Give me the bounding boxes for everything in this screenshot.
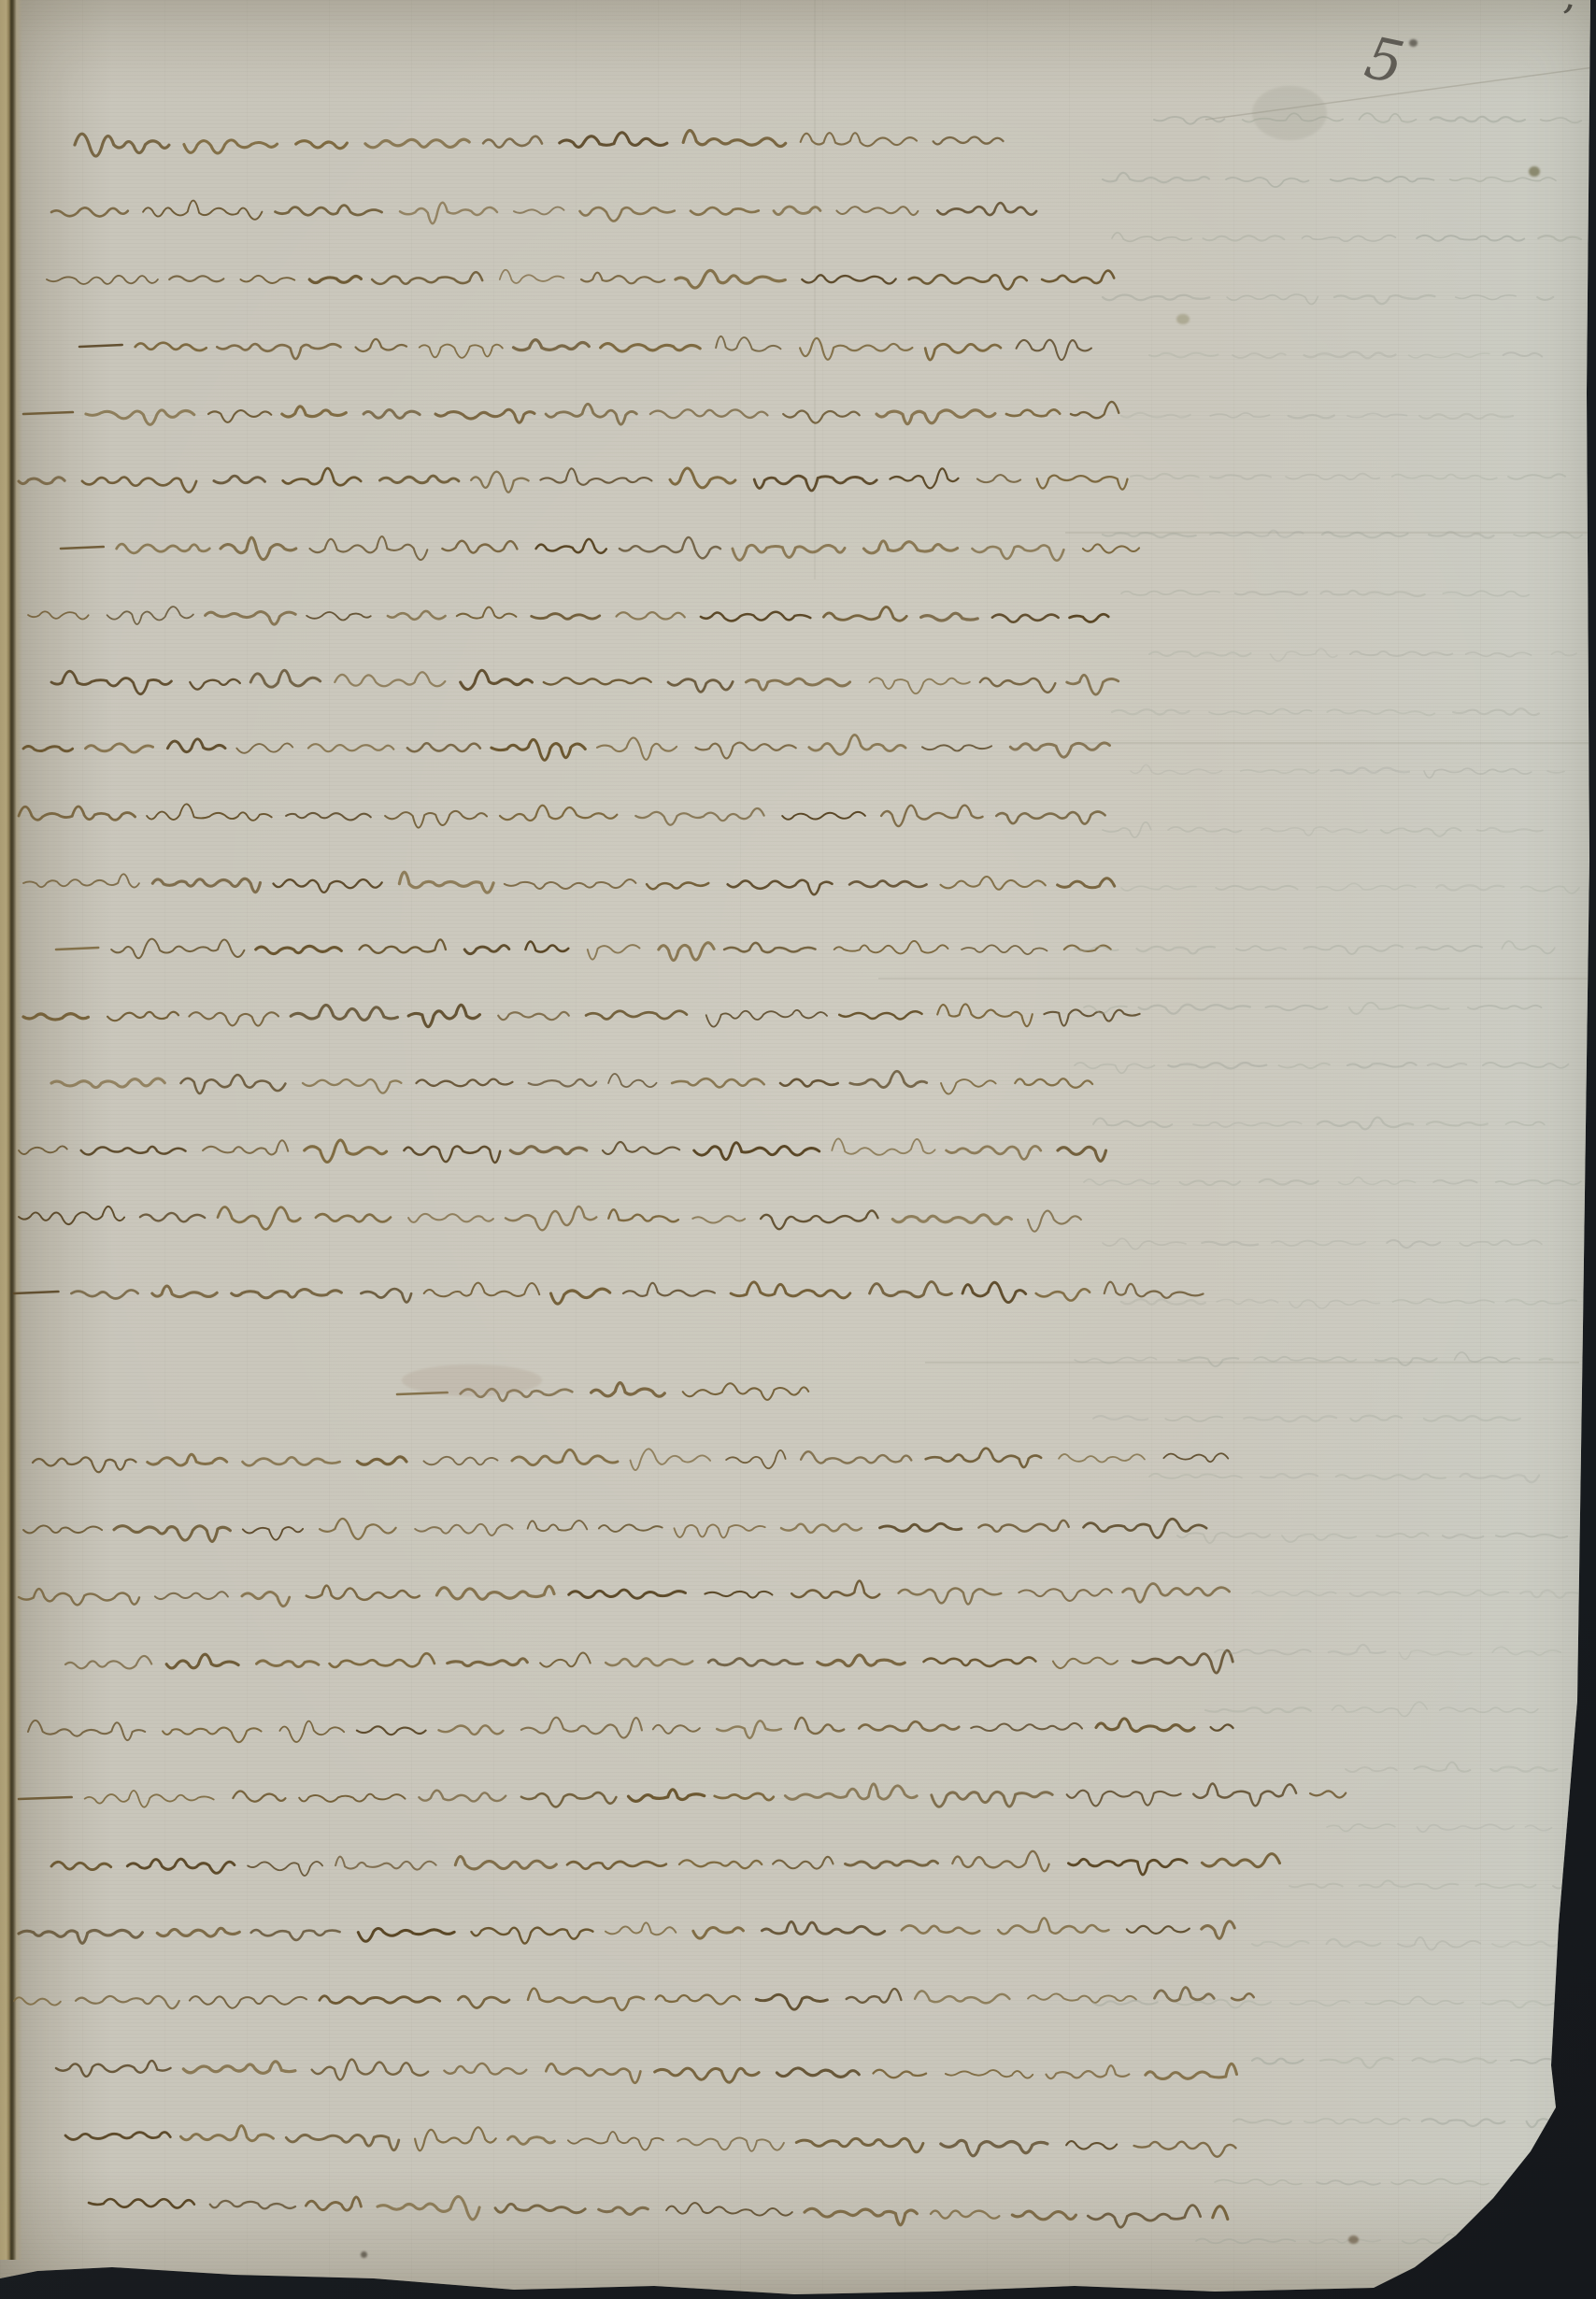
- marks-layer: 5 ’: [0, 0, 1596, 2299]
- scan-backdrop: 5 ’: [0, 0, 1596, 2299]
- folio-number-mark: 5: [1360, 23, 1410, 98]
- manuscript-page: 5 ’: [0, 0, 1596, 2299]
- corner-ink-curl-mark: ’: [1553, 0, 1577, 45]
